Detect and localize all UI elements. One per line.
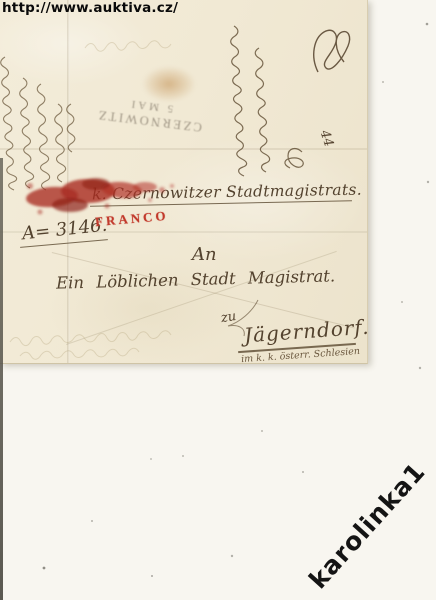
address-preposition: zu (220, 309, 237, 326)
auction-site-url-watermark: http://www.auktiva.cz/ (2, 0, 178, 16)
scanned-letter-photo: CZERNOWITZ 5 MAI k. Czernowitzer Stadtma… (0, 0, 436, 600)
wax-seal-showthrough-stain (142, 66, 196, 102)
scan-left-edge (0, 158, 3, 600)
address-salutation: An (192, 244, 217, 265)
seller-name-watermark: karolinka1 (303, 457, 431, 594)
